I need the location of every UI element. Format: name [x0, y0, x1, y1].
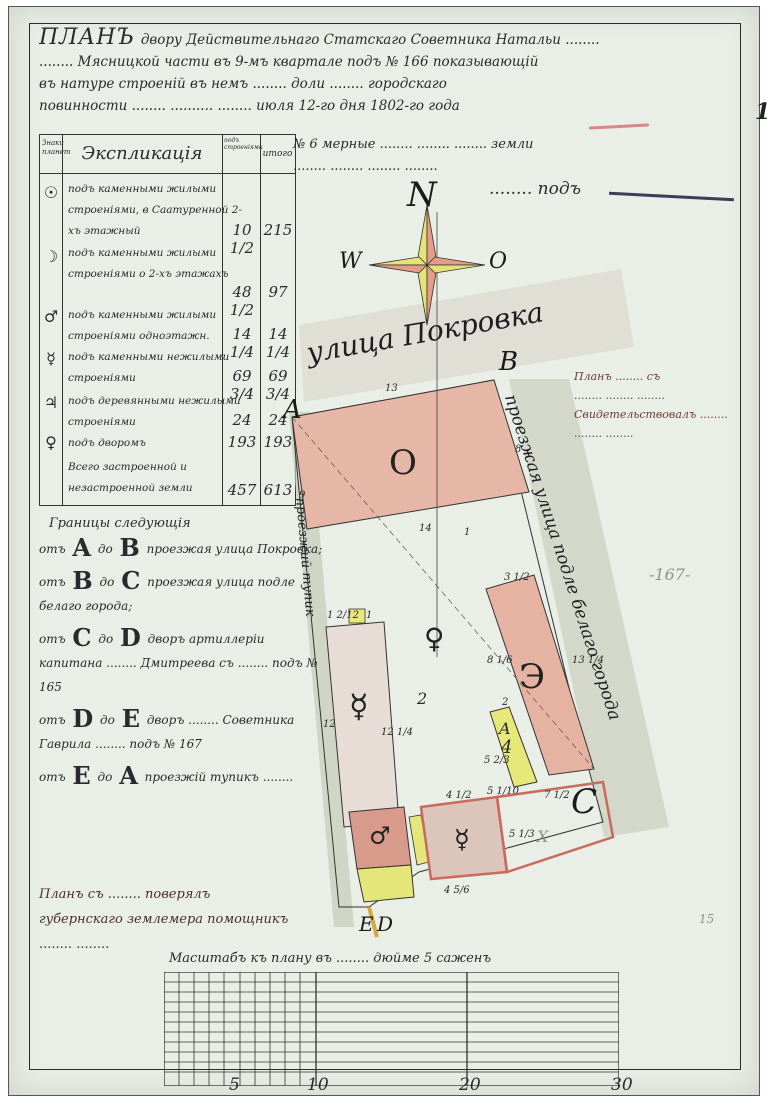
scale-title: Масштабъ къ плану въ ........ дюйме 5 са…: [169, 951, 629, 966]
compass-east-label: O: [489, 249, 507, 274]
dimension-label: 13 1/4: [572, 655, 604, 666]
dimension-label: 4 1/2: [446, 790, 472, 801]
plot-symbol-a: A: [499, 719, 511, 738]
boundaries-legend: Границы следующія отъ A до B проезжая ул…: [39, 512, 329, 789]
boundary-item: отъ B до C проезжая улица подле белаго г…: [39, 569, 329, 618]
boundary-item: отъ E до A проезжій тупикъ ........: [39, 764, 329, 789]
corner-b: B: [499, 347, 518, 377]
compass-north-label: N: [407, 175, 437, 215]
plot-symbol-mars: ♂: [369, 822, 391, 850]
dimension-label: 8 1/6: [487, 655, 513, 666]
dimension-label: 14: [419, 523, 432, 534]
plot-symbol-mercury-square: ☿: [454, 825, 470, 855]
dimension-label: 1: [366, 610, 372, 621]
dimension-label: 3 1/2: [504, 572, 530, 583]
pencil-number: -167-: [649, 565, 690, 584]
plot-number-2: 2: [417, 689, 427, 708]
document-sheet: ПЛАНЪдвору Действительнаго Статскаго Сов…: [8, 6, 760, 1096]
dimension-label: 12 1/4: [381, 727, 413, 738]
pencil-cross: X: [537, 827, 548, 846]
plot-symbol-moon: Э: [519, 657, 545, 697]
dimension-label: 13: [385, 383, 398, 394]
verification-note: Планъ съ ........ поверялъ губернскаго з…: [39, 882, 369, 957]
pencil-number: 15: [699, 912, 714, 926]
dimension-label: 4 5/6: [444, 885, 470, 896]
scale-tick-5: 5: [229, 1075, 240, 1095]
plot-symbol-venus: ♀: [424, 622, 444, 655]
scale-tick-20: 20: [459, 1075, 481, 1095]
boundary-item: отъ C до D дворъ артиллеріи капитана ...…: [39, 626, 329, 699]
dimension-label: 1 2/12: [327, 610, 359, 621]
corner-d: D: [377, 912, 393, 936]
dimension-label: 7 1/2: [544, 790, 570, 801]
plot-symbol-mercury: ☿: [349, 687, 369, 725]
dimension-label: 2: [502, 697, 508, 708]
dimension-label: 5 2/3: [484, 755, 510, 766]
dimension-label: 9: [299, 490, 305, 501]
corner-c: C: [571, 782, 597, 822]
dimension-label: 8: [515, 444, 521, 455]
dimension-label: 1: [464, 527, 470, 538]
plot-symbol-sun: O: [389, 443, 417, 483]
corner-a: A: [283, 395, 302, 425]
scale-tick-10: 10: [307, 1075, 329, 1095]
boundary-item: отъ D до E дворъ ........ Советника Гавр…: [39, 707, 329, 756]
boundary-item: отъ A до B проезжая улица Покровка;: [39, 536, 329, 561]
compass-west-label: W: [339, 249, 362, 274]
scale-bar-grid: [164, 972, 619, 1086]
side-certification-note: Планъ ........ съ ........ ........ ....…: [574, 367, 754, 443]
scale-tick-30: 30: [611, 1075, 633, 1095]
dimension-label: 5 1/3: [509, 829, 535, 840]
dimension-label: 5 1/10: [487, 786, 519, 797]
